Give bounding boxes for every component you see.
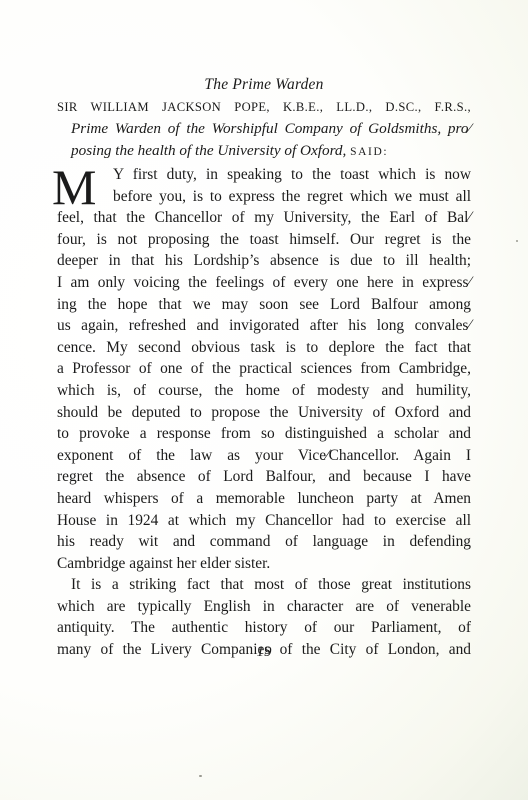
text-line: Cambridge against her elder sister. — [57, 553, 471, 575]
page-number: 19 — [57, 644, 471, 661]
text-line: I am only voicing the feelings of every … — [57, 272, 471, 294]
speaker-title-line: Prime Warden of the Worshipful Company o… — [71, 118, 471, 140]
paper-speck — [516, 240, 518, 242]
paper-speck — [199, 775, 202, 777]
speaker-title: Prime Warden of the Worshipful Company o… — [57, 118, 471, 162]
text-line: which are typically English in character… — [57, 596, 471, 618]
text-line: House in 1924 at which my Chancellor had… — [57, 510, 471, 532]
text-line: feel, that the Chancellor of my Universi… — [57, 207, 471, 229]
text-line: deeper in that his Lordship’s absence is… — [57, 250, 471, 272]
text-line: us again, refreshed and invigorated afte… — [57, 315, 471, 337]
text-line: antiquity. The authentic history of our … — [57, 617, 471, 639]
running-head: The Prime Warden — [57, 74, 471, 96]
text-line: before you, is to express the regret whi… — [57, 186, 471, 208]
text-line: which is, of course, the home of modesty… — [57, 380, 471, 402]
speaker-title-text: posing the health of the University of O… — [71, 142, 346, 159]
text-line: ing the hope that we may soon see Lord B… — [57, 294, 471, 316]
paragraph: M Y first duty, in speaking to the toast… — [57, 164, 471, 574]
speaker-title-line: posing the health of the University of O… — [71, 140, 471, 162]
text-line: should be deputed to propose the Univers… — [57, 402, 471, 424]
text-line: to provoke a response from so distinguis… — [57, 423, 471, 445]
text-line: regret the absence of Lord Balfour, and … — [57, 466, 471, 488]
text-line: Y first duty, in speaking to the toast w… — [57, 164, 471, 186]
speaker-name: SIR WILLIAM JACKSON POPE, K.B.E., LL.D.,… — [57, 96, 471, 118]
drop-cap: M — [52, 167, 95, 207]
body-text: M Y first duty, in speaking to the toast… — [57, 164, 471, 661]
book-page: The Prime Warden SIR WILLIAM JACKSON POP… — [57, 74, 471, 661]
text-line: heard whispers of a memorable luncheon p… — [57, 488, 471, 510]
text-line: a Professor of one of the practical scie… — [57, 358, 471, 380]
text-line: four, is not proposing the toast himself… — [57, 229, 471, 251]
text-line: cence. My second obvious task is to depl… — [57, 337, 471, 359]
text-line: his ready wit and command of language in… — [57, 531, 471, 553]
text-line: exponent of the law as your Vice⁄Chancel… — [57, 445, 471, 467]
said-label: SAID: — [350, 146, 388, 158]
text-line: It is a striking fact that most of those… — [57, 574, 471, 596]
